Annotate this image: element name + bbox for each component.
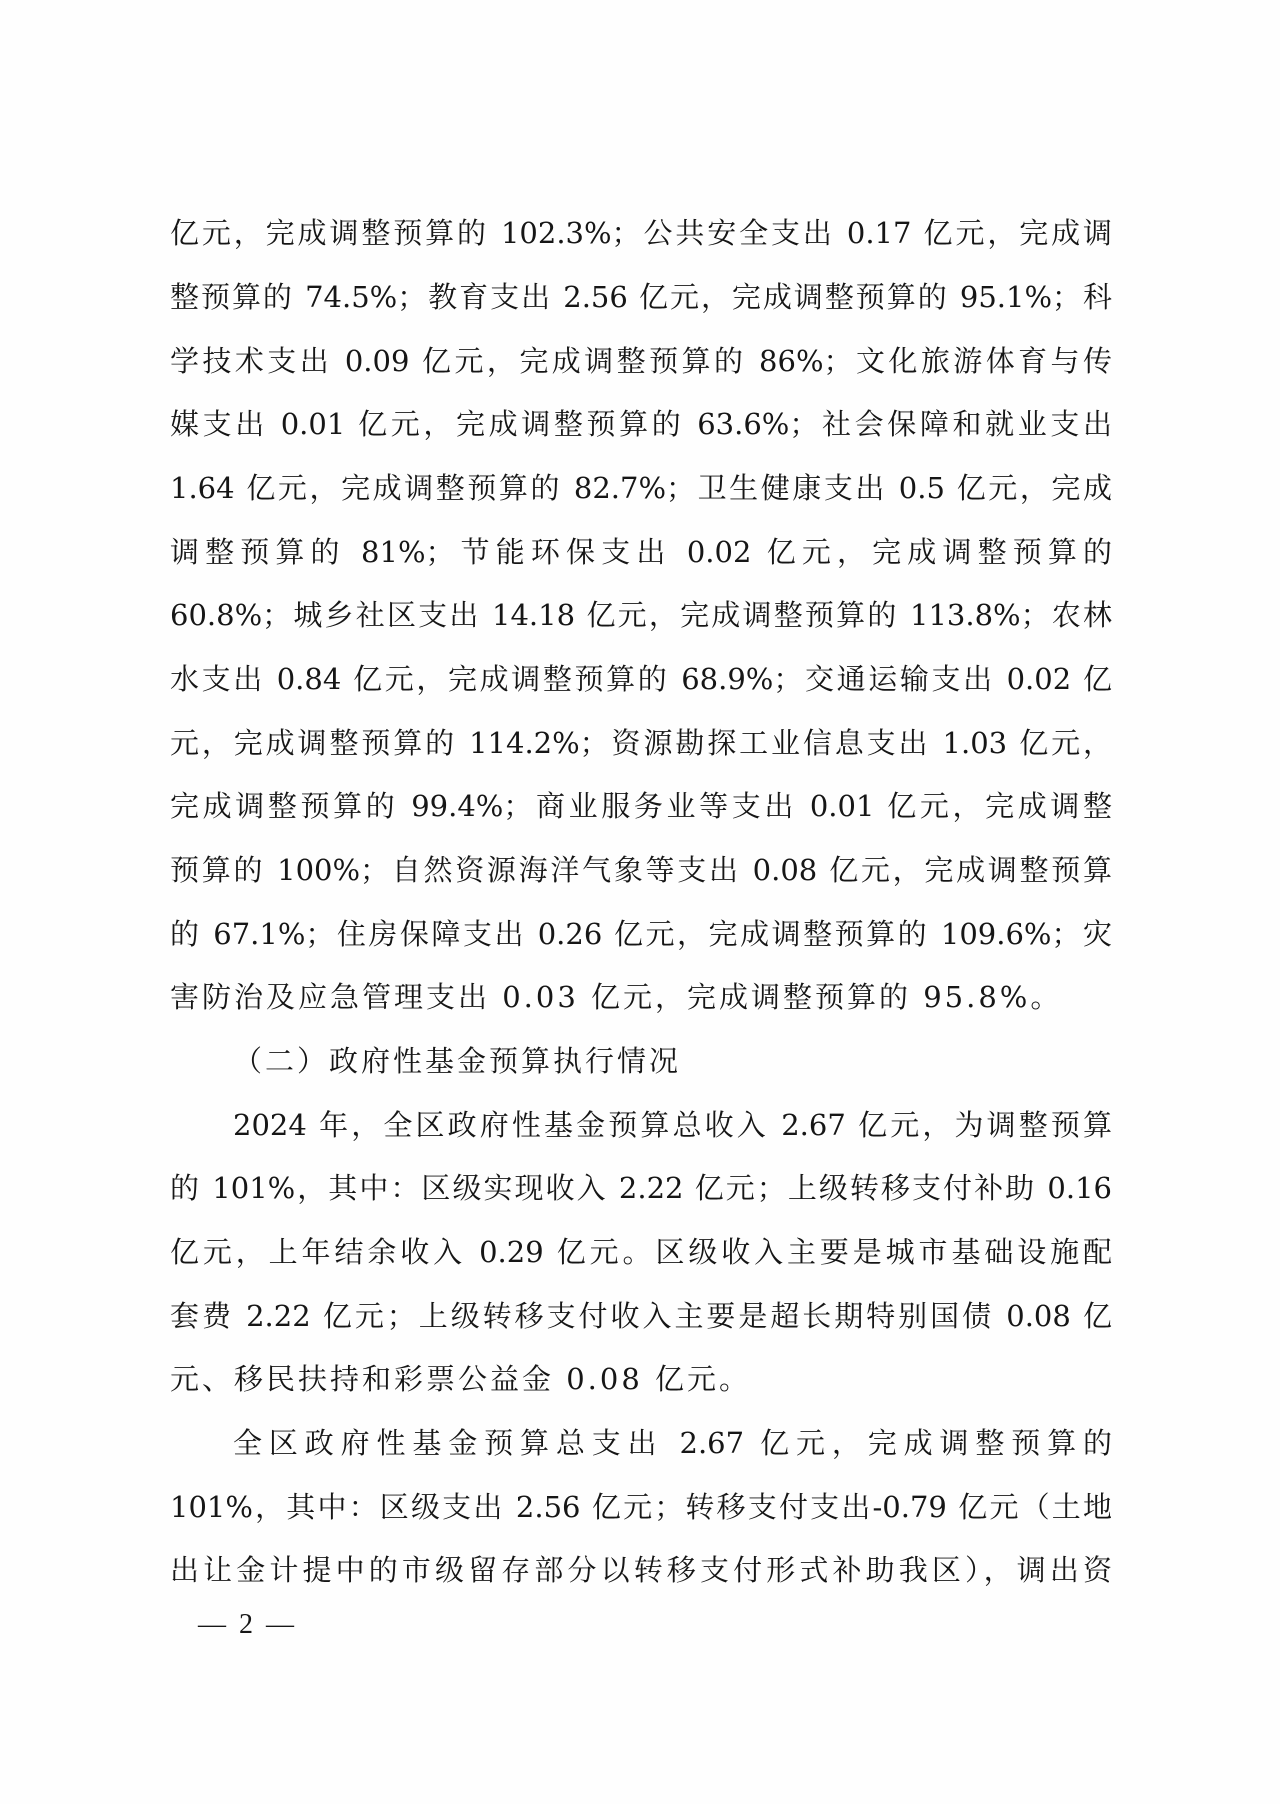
text-line: 元，完成调整预算的 114.2%；资源勘探工业信息支出 1.03 亿元， [170,721,1112,765]
text-line: 水支出 0.84 亿元，完成调整预算的 68.9%；交通运输支出 0.02 亿 [170,657,1112,701]
text-line: 完成调整预算的 99.4%；商业服务业等支出 0.01 亿元，完成调整 [170,784,1112,828]
text-line: 整预算的 74.5%；教育支出 2.56 亿元，完成调整预算的 95.1%；科 [170,275,1112,319]
text-line: 套费 2.22 亿元；上级转移支付收入主要是超长期特别国债 0.08 亿 [170,1294,1112,1338]
text-line: 1.64 亿元，完成调整预算的 82.7%；卫生健康支出 0.5 亿元，完成 [170,466,1112,510]
text-line: 101%，其中：区级支出 2.56 亿元；转移支付支出-0.79 亿元（土地 [170,1485,1112,1529]
page-number: — 2 — [198,1605,294,1645]
text-line: 学技术支出 0.09 亿元，完成调整预算的 86%；文化旅游体育与传 [170,339,1112,383]
text-line: 调整预算的 81%；节能环保支出 0.02 亿元，完成调整预算的 [170,530,1112,574]
text-line: 全区政府性基金预算总支出 2.67 亿元，完成调整预算的 [233,1421,1112,1465]
text-line: 60.8%；城乡社区支出 14.18 亿元，完成调整预算的 113.8%；农林 [170,593,1112,637]
text-line: 亿元，上年结余收入 0.29 亿元。区级收入主要是城市基础设施配 [170,1230,1112,1274]
section-heading: （二）政府性基金预算执行情况 [233,1039,1112,1083]
text-line: 媒支出 0.01 亿元，完成调整预算的 63.6%；社会保障和就业支出 [170,402,1112,446]
text-line: 亿元，完成调整预算的 102.3%；公共安全支出 0.17 亿元，完成调 [170,211,1112,255]
text-line: 的 101%，其中：区级实现收入 2.22 亿元；上级转移支付补助 0.16 [170,1166,1112,1210]
text-line: 的 67.1%；住房保障支出 0.26 亿元，完成调整预算的 109.6%；灾 [170,912,1112,956]
text-line: 2024 年，全区政府性基金预算总收入 2.67 亿元，为调整预算 [233,1103,1112,1147]
text-line: 害防治及应急管理支出 0.03 亿元，完成调整预算的 95.8%。 [170,975,1112,1019]
text-line: 预算的 100%；自然资源海洋气象等支出 0.08 亿元，完成调整预算 [170,848,1112,892]
text-line: 出让金计提中的市级留存部分以转移支付形式补助我区），调出资 [170,1548,1112,1592]
document-page: 亿元，完成调整预算的 102.3%；公共安全支出 0.17 亿元，完成调 整预算… [0,0,1280,1804]
text-line: 元、移民扶持和彩票公益金 0.08 亿元。 [170,1357,1112,1401]
